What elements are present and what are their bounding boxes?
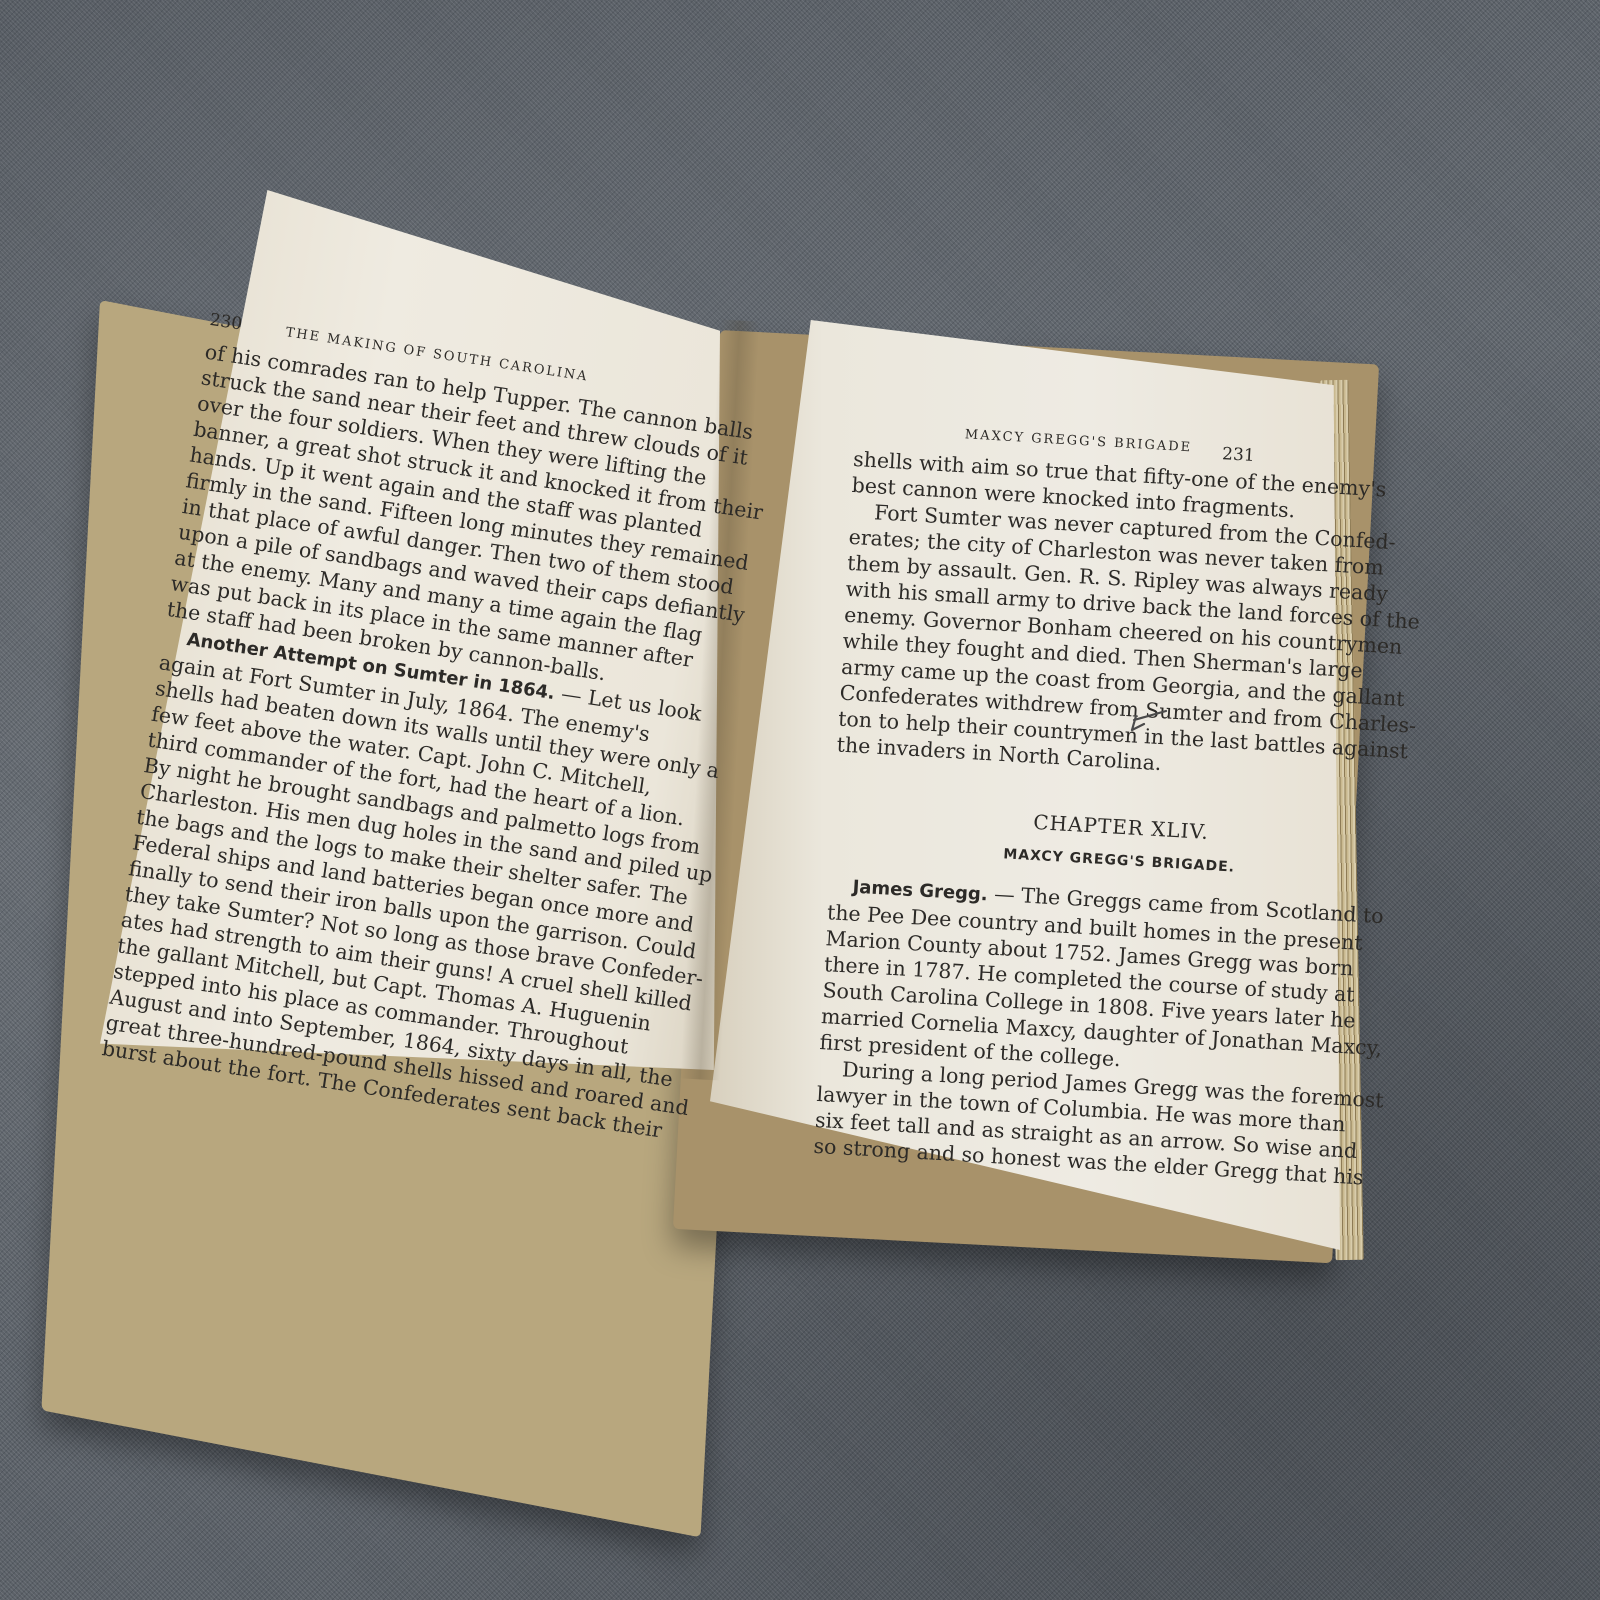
left-page-number: 230	[208, 310, 243, 335]
right-running-head: MAXCY GREGG'S BRIGADE	[964, 427, 1192, 455]
right-page-text: MAXCY GREGG'S BRIGADE 231 shells with ai…	[813, 412, 1432, 1192]
left-page-text: 230 THE MAKING OF SOUTH CAROLINA of his …	[100, 305, 794, 1147]
right-page-number: 231	[1221, 441, 1255, 469]
pencil-check-mark-icon	[1122, 708, 1168, 734]
